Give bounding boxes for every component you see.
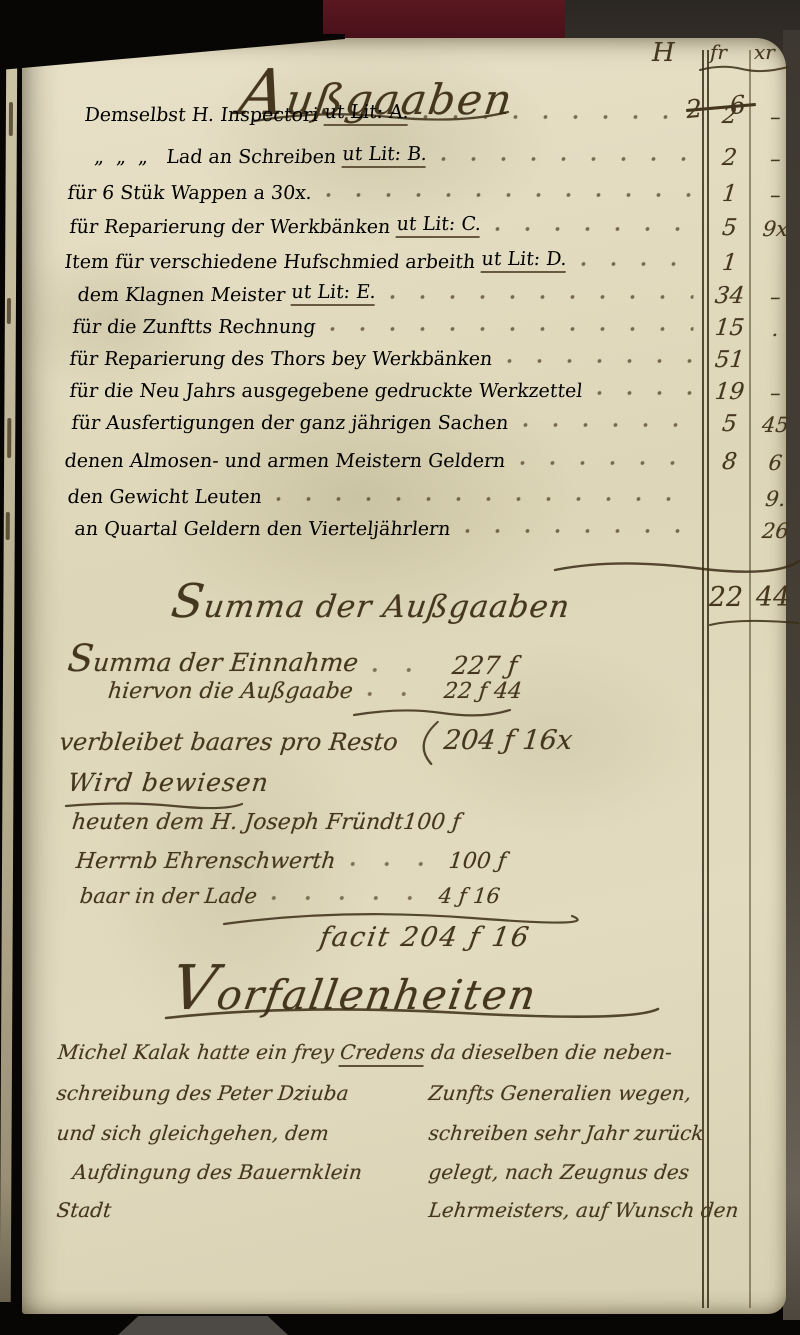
dot-leader — [422, 111, 694, 121]
dot-leader — [371, 664, 438, 674]
incidents-text-right: Lehrmeisters, auf Wunsch den — [427, 1198, 739, 1222]
dot-leader — [270, 892, 425, 902]
entry-text: denen Almosen- und armen Meistern Gelder… — [64, 450, 507, 472]
ledger-entry: Item für verschiedene Hufschmied arbeith… — [61, 245, 800, 273]
rest-line: verbleibet baares pro Resto 204 ƒ 16x — [58, 720, 574, 756]
expense-line: hiervon die Außgaabe 22 ƒ 44 — [107, 679, 524, 704]
incidents-underline-flourish — [162, 1002, 662, 1022]
amount-fr: 2 — [710, 145, 749, 171]
scan-tray-edge — [118, 1316, 288, 1335]
amount-fr: 8 — [710, 449, 749, 475]
income-line: Summa der Einnahme 227 ƒ — [66, 636, 521, 680]
col-header-xr: xr — [754, 40, 775, 64]
dot-leader — [275, 493, 694, 503]
facing-page-edge — [0, 50, 17, 1302]
ledger-entry: für die Zunftts Rechnung15. — [61, 310, 800, 338]
proof-heading-underline — [64, 800, 244, 810]
proof-item: heuten dem H. Joseph Fründt 100 ƒ — [71, 810, 514, 835]
amount-xr: – — [750, 105, 800, 129]
incidents-text-right: gelegt, nach Zeugnus des — [427, 1160, 690, 1184]
entry-reference: ut Lit: A. — [323, 101, 410, 126]
scanned-manuscript: { "ledger": { "folio_mark": "H", "col_fr… — [0, 0, 800, 1335]
incidents-text: Michel Kalak hatte ein frey — [57, 1040, 342, 1064]
entry-text: „ „ „ Lad an Schreiben — [94, 146, 344, 168]
ledger-entry: für Reparierung des Thors bey Werkbänken… — [61, 342, 800, 370]
incidents-text: da dieselben die neben- — [423, 1040, 673, 1064]
entry-text: Item für verschiedene Hufschmied arbeith — [64, 251, 483, 273]
amount-fr: 1 — [710, 181, 749, 207]
amount-xr: 45 — [750, 413, 800, 437]
proof-item: Herrnb Ehrenschwerth 100 ƒ — [75, 849, 508, 874]
entry-reference: ut Lit: D. — [480, 248, 568, 273]
ledger-entry: an Quartal Geldern den Vierteljährlern26 — [61, 512, 800, 540]
amount-xr: 26 — [750, 519, 800, 543]
proof-item-text: heuten dem H. Joseph Fründt — [71, 810, 405, 835]
ledger-entry: für Ausfertigungen der ganz jährigen Sac… — [61, 406, 800, 434]
dot-leader — [366, 688, 430, 698]
facit-line: facit 204 ƒ 16 — [318, 922, 533, 953]
amount-xr: – — [750, 381, 800, 405]
sum-rule-top — [555, 558, 800, 574]
column-rule — [707, 50, 709, 1308]
amount-xr: – — [750, 285, 800, 309]
entry-reference: ut Lit: B. — [341, 143, 428, 168]
amount-fr: 34 — [710, 283, 749, 309]
dot-leader — [325, 189, 694, 199]
dot-leader — [440, 153, 694, 163]
income-value: 227 ƒ — [451, 651, 519, 680]
amount-xr: – — [750, 147, 800, 171]
dot-leader — [519, 457, 694, 467]
dot-leader — [389, 291, 694, 301]
incidents-text-left: und sich gleichgehen, dem — [55, 1121, 330, 1145]
ledger-entry: den Gewicht Leuten9. — [61, 480, 800, 508]
dot-leader — [464, 525, 694, 535]
ledger-entry: „ „ „ Lad an Schreiben ut Lit: B.2– — [61, 140, 800, 168]
dot-leader — [329, 323, 694, 333]
entry-text: für die Neu Jahrs ausgegebene gedruckte … — [69, 380, 584, 402]
amount-fr: 15 — [710, 315, 749, 341]
incidents-line: Michel Kalak hatte ein frey Credens da d… — [57, 1040, 800, 1064]
amount-fr: 51 — [710, 347, 749, 373]
entry-text: für 6 Stük Wappen a 30x. — [67, 182, 314, 204]
entry-text: den Gewicht Leuten — [67, 486, 264, 508]
ledger-entry: für die Neu Jahrs ausgegebene gedruckte … — [61, 374, 800, 402]
entry-text: an Quartal Geldern den Vierteljährlern — [74, 518, 452, 540]
ledger-entry: Demselbst H. Inspectori ut Lit: A.2– — [61, 98, 800, 126]
amount-xr: 6 — [750, 451, 800, 475]
dot-leader — [580, 258, 694, 268]
proof-heading: Wird bewiesen — [66, 768, 270, 797]
col-header-fr: fr — [710, 40, 727, 64]
sum-amount-fr: 22 — [706, 582, 746, 613]
amount-fr: 19 — [710, 379, 749, 405]
underlined-word: Credens — [339, 1040, 426, 1067]
ink-bleed-mark — [7, 298, 11, 324]
header-underline-flourish — [698, 62, 790, 74]
expense-label: hiervon die Außgaabe — [107, 679, 355, 704]
rest-label: verbleibet baares pro Resto — [58, 728, 399, 756]
proof-item-value: 100 ƒ — [448, 849, 508, 874]
dot-leader — [349, 858, 435, 868]
sum-rule-bottom — [710, 618, 800, 628]
expense-value: 22 ƒ 44 — [443, 679, 524, 704]
incidents-text-left: schreibung des Peter Dziuba — [55, 1081, 349, 1105]
ledger-entry: für Reparierung der Werkbänken ut Lit: C… — [61, 210, 800, 238]
sum-amount-xr: 44 — [748, 582, 798, 613]
amount-xr: 9x — [750, 217, 800, 241]
expense-underline-flourish — [352, 706, 512, 718]
entry-text: Demselbst H. Inspectori — [84, 104, 326, 126]
amount-fr: 2 — [710, 103, 749, 129]
incidents-text-right: schreiben sehr Jahr zurück — [427, 1121, 704, 1145]
amount-xr: . — [750, 317, 800, 341]
amount-fr: 5 — [710, 411, 749, 437]
ink-bleed-mark — [7, 418, 11, 458]
folio-mark: H — [652, 38, 677, 68]
entry-text: für Reparierung der Werkbänken — [69, 216, 398, 238]
ledger-entry: dem Klagnen Meister ut Lit: E.34– — [61, 278, 800, 306]
incidents-text-right: Zunfts Generalien wegen, — [427, 1081, 692, 1105]
flourish-paren — [411, 720, 440, 766]
amount-xr: – — [750, 183, 800, 207]
proof-item-value: 4 ƒ 16 — [438, 884, 502, 908]
entry-text: für Ausfertigungen der ganz jährigen Sac… — [71, 412, 510, 434]
rest-value: 204 ƒ 16x — [442, 725, 574, 756]
column-rule — [702, 50, 704, 1308]
proof-item: baar in der Lade 4 ƒ 16 — [79, 884, 502, 908]
dot-leader — [506, 355, 694, 365]
proof-item-text: Herrnb Ehrenschwerth — [75, 849, 337, 874]
amount-fr: 1 — [710, 250, 749, 276]
entry-text: dem Klagnen Meister — [77, 284, 293, 306]
entry-text: für die Zunftts Rechnung — [72, 316, 317, 338]
sum-label: Summa der Außgaaben — [168, 574, 574, 628]
ledger-entry: für 6 Stük Wappen a 30x.1– — [61, 176, 800, 204]
amount-xr: 9. — [750, 487, 800, 511]
amount-fr: 5 — [710, 215, 749, 241]
dot-leader — [596, 387, 694, 397]
ledger-entry: denen Almosen- und armen Meistern Gelder… — [61, 444, 800, 472]
ink-bleed-mark — [6, 512, 10, 540]
dot-leader — [494, 223, 694, 233]
entry-reference: ut Lit: E. — [290, 281, 377, 306]
entry-reference: ut Lit: C. — [395, 213, 482, 238]
proof-item-value: 100 ƒ — [402, 810, 462, 835]
incidents-text-left: Aufdingung des Bauernklein — [71, 1160, 363, 1184]
proof-item-text: baar in der Lade — [79, 884, 259, 908]
income-label: Summa der Einnahme — [66, 636, 361, 680]
manuscript-page: H fr xr Außgaaben 2 6 Demselbst H. Inspe… — [22, 38, 786, 1314]
dot-leader — [522, 419, 694, 429]
incidents-text-left: Stadt — [55, 1198, 112, 1222]
entry-text: für Reparierung des Thors bey Werkbänken — [69, 348, 494, 370]
ink-bleed-mark — [9, 102, 13, 136]
